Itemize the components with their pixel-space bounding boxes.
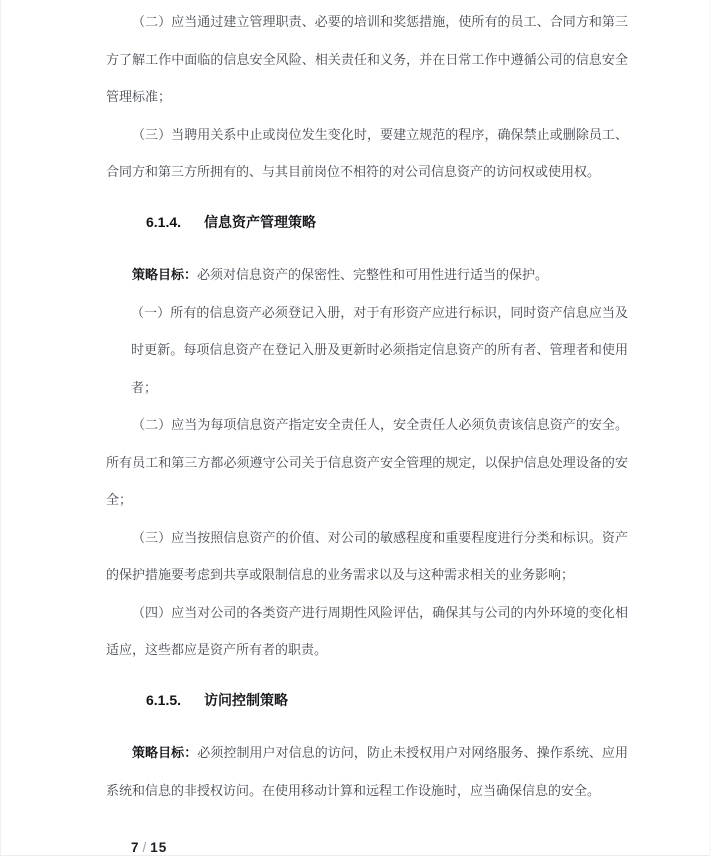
paragraph: （二）应当通过建立管理职责、必要的培训和奖惩措施，使所有的员工、合同方和第三方了…: [106, 3, 628, 116]
paragraph: （四）应当对公司的各类资产进行周期性风险评估，确保其与公司的内外环境的变化相适应…: [106, 594, 628, 669]
bold-lead: 策略目标：: [132, 745, 197, 760]
doc-line: （四）应当对公司的各类资产进行周期性风险评估，确保其与公司的内外环境的变化相: [106, 594, 628, 632]
doc-line: 策略目标：必须对信息资产的保密性、完整性和可用性进行适当的保护。: [106, 256, 628, 294]
paragraph: 策略目标：必须对信息资产的保密性、完整性和可用性进行适当的保护。: [106, 256, 628, 294]
doc-line: （三）应当按照信息资产的价值、对公司的敏感程度和重要程度进行分类和标识。资产: [106, 519, 628, 557]
page-number-current: 7: [131, 840, 140, 855]
doc-line: 适应，这些都应是资产所有者的职责。: [106, 631, 628, 669]
page-number-separator: /: [140, 840, 151, 855]
doc-line: （二）应当为每项信息资产指定安全责任人，安全责任人必须负责该信息资产的安全。: [106, 406, 628, 444]
doc-line: （三）当聘用关系中止或岗位发生变化时，要建立规范的程序，确保禁止或删除员工、: [106, 116, 628, 154]
document-content: （二）应当通过建立管理职责、必要的培训和奖惩措施，使所有的员工、合同方和第三方了…: [106, 3, 628, 809]
doc-line: 者；: [131, 369, 628, 407]
paragraph: （二）应当为每项信息资产指定安全责任人，安全责任人必须负责该信息资产的安全。所有…: [106, 406, 628, 519]
doc-line: 时更新。每项信息资产在登记入册及更新时必须指定信息资产的所有者、管理者和使用: [131, 331, 628, 369]
page-footer: 7/15: [131, 840, 167, 855]
doc-line: 全；: [106, 481, 628, 519]
doc-line: 策略目标：必须控制用户对信息的访问，防止未授权用户对网络服务、操作系统、应用: [106, 734, 628, 772]
doc-line: 系统和信息的非授权访问。在使用移动计算和远程工作设施时，应当确保信息的安全。: [106, 772, 628, 810]
doc-line: 所有员工和第三方都必须遵守公司关于信息资产安全管理的规定，以保护信息处理设备的安: [106, 444, 628, 482]
heading-title: 信息资产管理策略: [204, 214, 316, 230]
document-page: （二）应当通过建立管理职责、必要的培训和奖惩措施，使所有的员工、合同方和第三方了…: [0, 0, 710, 856]
doc-line: （一）所有的信息资产必须登记入册，对于有形资产应进行标识，同时资产信息应当及: [131, 294, 628, 332]
doc-line: （二）应当通过建立管理职责、必要的培训和奖惩措施，使所有的员工、合同方和第三: [106, 3, 628, 41]
paragraph: （一）所有的信息资产必须登记入册，对于有形资产应进行标识，同时资产信息应当及时更…: [131, 294, 628, 407]
paragraph: 策略目标：必须控制用户对信息的访问，防止未授权用户对网络服务、操作系统、应用系统…: [106, 734, 628, 809]
section-heading: 6.1.5.访问控制策略: [146, 682, 628, 720]
doc-line: 管理标准；: [106, 78, 628, 116]
paragraph: （三）应当按照信息资产的价值、对公司的敏感程度和重要程度进行分类和标识。资产的保…: [106, 519, 628, 594]
page-number-total: 15: [150, 840, 167, 855]
doc-line: 的保护措施要考虑到共享或限制信息的业务需求以及与这种需求相关的业务影响；: [106, 556, 628, 594]
heading-number: 6.1.4.: [146, 214, 181, 230]
doc-line: 合同方和第三方所拥有的、与其目前岗位不相符的对公司信息资产的访问权或使用权。: [106, 153, 628, 191]
bold-lead: 策略目标：: [132, 267, 197, 282]
doc-line: 方了解工作中面临的信息安全风险、相关责任和义务，并在日常工作中遵循公司的信息安全: [106, 41, 628, 79]
paragraph: （三）当聘用关系中止或岗位发生变化时，要建立规范的程序，确保禁止或删除员工、合同…: [106, 116, 628, 191]
heading-title: 访问控制策略: [204, 692, 288, 708]
heading-number: 6.1.5.: [146, 692, 181, 708]
section-heading: 6.1.4.信息资产管理策略: [146, 204, 628, 242]
